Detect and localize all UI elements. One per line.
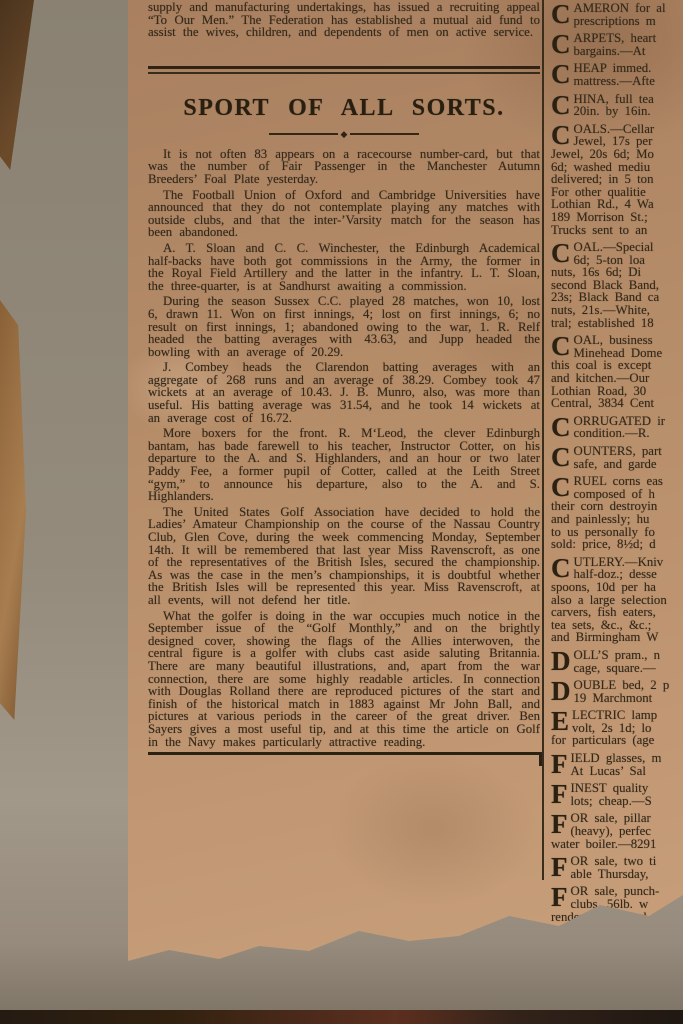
drop-cap: D [551,649,571,673]
drop-cap: C [551,445,571,469]
drop-cap: C [551,32,571,56]
torn-page-flap-middle [0,300,26,720]
classified-ad: FIELD glasses, mAt Lucas’ Sal [551,752,683,777]
classified-ad-line: At Lucas’ Sal [551,765,683,778]
classified-ad-line: delivered; in 5 ton [551,173,683,186]
drop-cap: C [551,62,571,86]
drop-cap: F [551,855,568,879]
article-paragraph: The Football Union of Oxford and Cambrid… [148,189,540,239]
classified-ad-line: Trucks sent to an [551,224,683,237]
drop-cap: F [551,782,568,806]
classified-ad: CAMERON for alprescriptions m [551,2,683,27]
classified-ad-line: lots; cheap.—S [551,795,683,808]
drop-cap: F [551,885,568,909]
classified-ad-line: Central, 3834 Cent [551,397,683,410]
classified-ad: CUTLERY.—Knivhalf-doz.; dessespoons, 10d… [551,556,683,644]
classified-ad-line: nuts, 16s 6d; Di [551,266,683,279]
classified-ad: COUNTERS, partsafe, and garde [551,445,683,470]
torn-page-flap-top [0,0,34,170]
drop-cap: C [551,93,571,117]
photo-scene: supply and manufacturing undertakings, h… [0,0,683,1024]
classified-ad-line: carvers, fish eaters, [551,606,683,619]
article-paragraph: A. T. Sloan and C. C. Winchester, the Ed… [148,242,540,292]
classified-ad: FINEST qualitylots; cheap.—S [551,782,683,807]
classified-ad-line: nuts, 21s.—White, [551,304,683,317]
drop-cap: C [551,556,571,580]
classified-ad: ELECTRIC lampvolt, 2s 1d; lofor particul… [551,709,683,747]
article-paragraph: More boxers for the front. R. M‘Leod, th… [148,427,540,503]
previous-article-fragment: supply and manufacturing undertakings, h… [148,0,540,39]
classified-ad-line: water boiler.—8291 [551,838,683,851]
book-page-edges [0,0,150,952]
drop-cap: E [551,709,569,733]
classified-ad-line: and Birmingham W [551,631,683,644]
classified-ad-line: for particulars (age [551,734,683,747]
classified-ad: CHEAP immed.mattress.—Afte [551,62,683,87]
classified-ad-line: sold: price, 8½d; d [551,538,683,551]
drop-cap: F [551,812,568,836]
classified-ad: CORRUGATED ircondition.—R. [551,415,683,440]
classified-ad: DOLL’S pram., ncage, square.— [551,649,683,674]
classified-ad-line: OR sale, two ti [551,855,683,868]
classified-ad: FOR sale, two tiable Thursday, [551,855,683,880]
classified-ad: FOR sale, pillar(heavy), perfecwater boi… [551,812,683,850]
classified-ad: COAL, businessMinehead Domethis coal is … [551,334,683,410]
classified-ad-line: 189 Morrison St.; [551,211,683,224]
classified-ad: COAL.—Special6d; 5-ton loanuts, 16s 6d; … [551,241,683,329]
drop-cap: F [551,752,568,776]
column-divider-rule [542,0,544,880]
classified-ad-line: INEST quality [551,782,683,795]
classified-ad: CHINA, full tea20in. by 16in. [551,93,683,118]
headline-ornament: ◆ [269,130,419,139]
classified-ad-line: and painlessly; hu [551,513,683,526]
section-divider-rule [148,66,540,74]
classified-ad-line: (heavy), perfec [551,825,683,838]
article-end-rule [148,752,540,755]
classified-ad: CARPETS, heartbargains.—At [551,32,683,57]
drop-cap: C [551,2,571,26]
article-paragraph: What the golfer is doing in the war occu… [148,610,540,749]
diamond-icon: ◆ [338,130,351,139]
drop-cap: D [551,679,571,703]
article-paragraph: It is not often 83 appears on a racecour… [148,148,540,186]
classified-ad: CRUEL corns eascomposed of htheir corn d… [551,475,683,551]
drop-cap: C [551,475,571,499]
classified-ad-line: able Thursday, [551,868,683,881]
classified-ad-line: Jewel, 20s 6d; Mo [551,148,683,161]
classified-ad-line: LECTRIC lamp [551,709,683,722]
classified-ad-line: IELD glasses, m [551,752,683,765]
drop-cap: C [551,123,571,147]
article-paragraph: J. Combey heads the Clarendon batting av… [148,361,540,424]
headline: SPORT OF ALL SORTS. [148,96,540,120]
ornament-line-right [350,133,419,135]
classified-ad-line: and kitchen.—Our [551,372,683,385]
article-paragraph: The United States Golf Association have … [148,506,540,607]
drop-cap: C [551,415,571,439]
drop-cap: C [551,334,571,358]
classified-ad: COALS.—CellarJewel, 17s perJewel, 20s 6d… [551,123,683,236]
drop-cap: C [551,241,571,265]
article-column: supply and manufacturing undertakings, h… [148,0,540,755]
classifieds-column: CAMERON for alprescriptions mCARPETS, he… [551,2,683,928]
article-body: It is not often 83 appears on a racecour… [148,148,540,748]
table-edge-stripe [0,1010,683,1024]
ornament-line-left [269,133,338,135]
classified-ad-line: tral; established 18 [551,317,683,330]
newspaper-page: supply and manufacturing undertakings, h… [128,0,683,965]
article-paragraph: During the season Sussex C.C. played 28 … [148,295,540,358]
classified-ad: DOUBLE bed, 2 p19 Marchmont [551,679,683,704]
classified-ad-line: spoons, 10d per ha [551,581,683,594]
